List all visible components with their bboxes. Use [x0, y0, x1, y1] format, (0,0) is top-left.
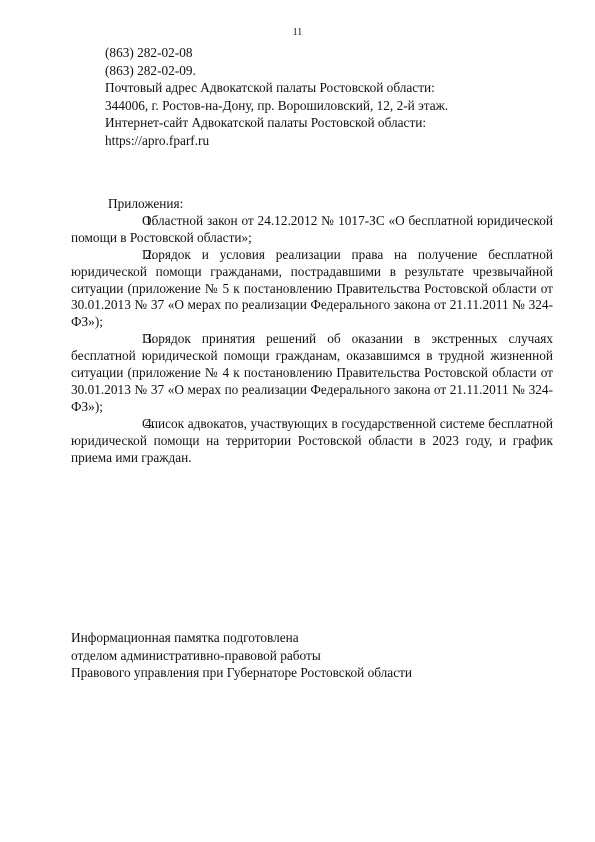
appendix-item-number: 1.: [108, 213, 142, 230]
appendix-item-text: Областной закон от 24.12.2012 № 1017-ЗС …: [71, 213, 553, 245]
appendix-item-number: 2.: [108, 247, 142, 264]
appendix-list: Приложения: 1.Областной закон от 24.12.2…: [71, 196, 553, 467]
prepared-by-block: Информационная памятка подготовлена отде…: [71, 629, 412, 682]
contact-info-block: (863) 282-02-08 (863) 282-02-09. Почтовы…: [105, 44, 448, 149]
website-url: https://apro.fparf.ru: [105, 132, 448, 150]
appendix-item-text: Порядок принятия решений об оказании в э…: [71, 331, 553, 414]
appendix-item: 2.Порядок и условия реализации права на …: [71, 247, 553, 332]
postal-address-label: Почтовый адрес Адвокатской палаты Ростов…: [105, 79, 448, 97]
postal-address: 344006, г. Ростов-на-Дону, пр. Ворошилов…: [105, 97, 448, 115]
prepared-by-line-2: отделом административно-правовой работы: [71, 647, 412, 665]
appendix-item-text: Список адвокатов, участвующих в государс…: [71, 416, 553, 465]
appendix-item-text: Порядок и условия реализации права на по…: [71, 247, 553, 330]
page-number: 11: [0, 27, 595, 38]
appendix-item-number: 4.: [108, 416, 142, 433]
appendix-item-number: 3.: [108, 331, 142, 348]
phone-number-1: (863) 282-02-08: [105, 44, 448, 62]
appendix-item: 4.Список адвокатов, участвующих в госуда…: [71, 416, 553, 467]
phone-number-2: (863) 282-02-09.: [105, 62, 448, 80]
appendix-item: 1.Областной закон от 24.12.2012 № 1017-З…: [71, 213, 553, 247]
website-label: Интернет-сайт Адвокатской палаты Ростовс…: [105, 114, 448, 132]
prepared-by-line-3: Правового управления при Губернаторе Рос…: [71, 664, 412, 682]
prepared-by-line-1: Информационная памятка подготовлена: [71, 629, 412, 647]
appendix-item: 3.Порядок принятия решений об оказании в…: [71, 331, 553, 416]
appendix-heading: Приложения:: [71, 196, 553, 213]
